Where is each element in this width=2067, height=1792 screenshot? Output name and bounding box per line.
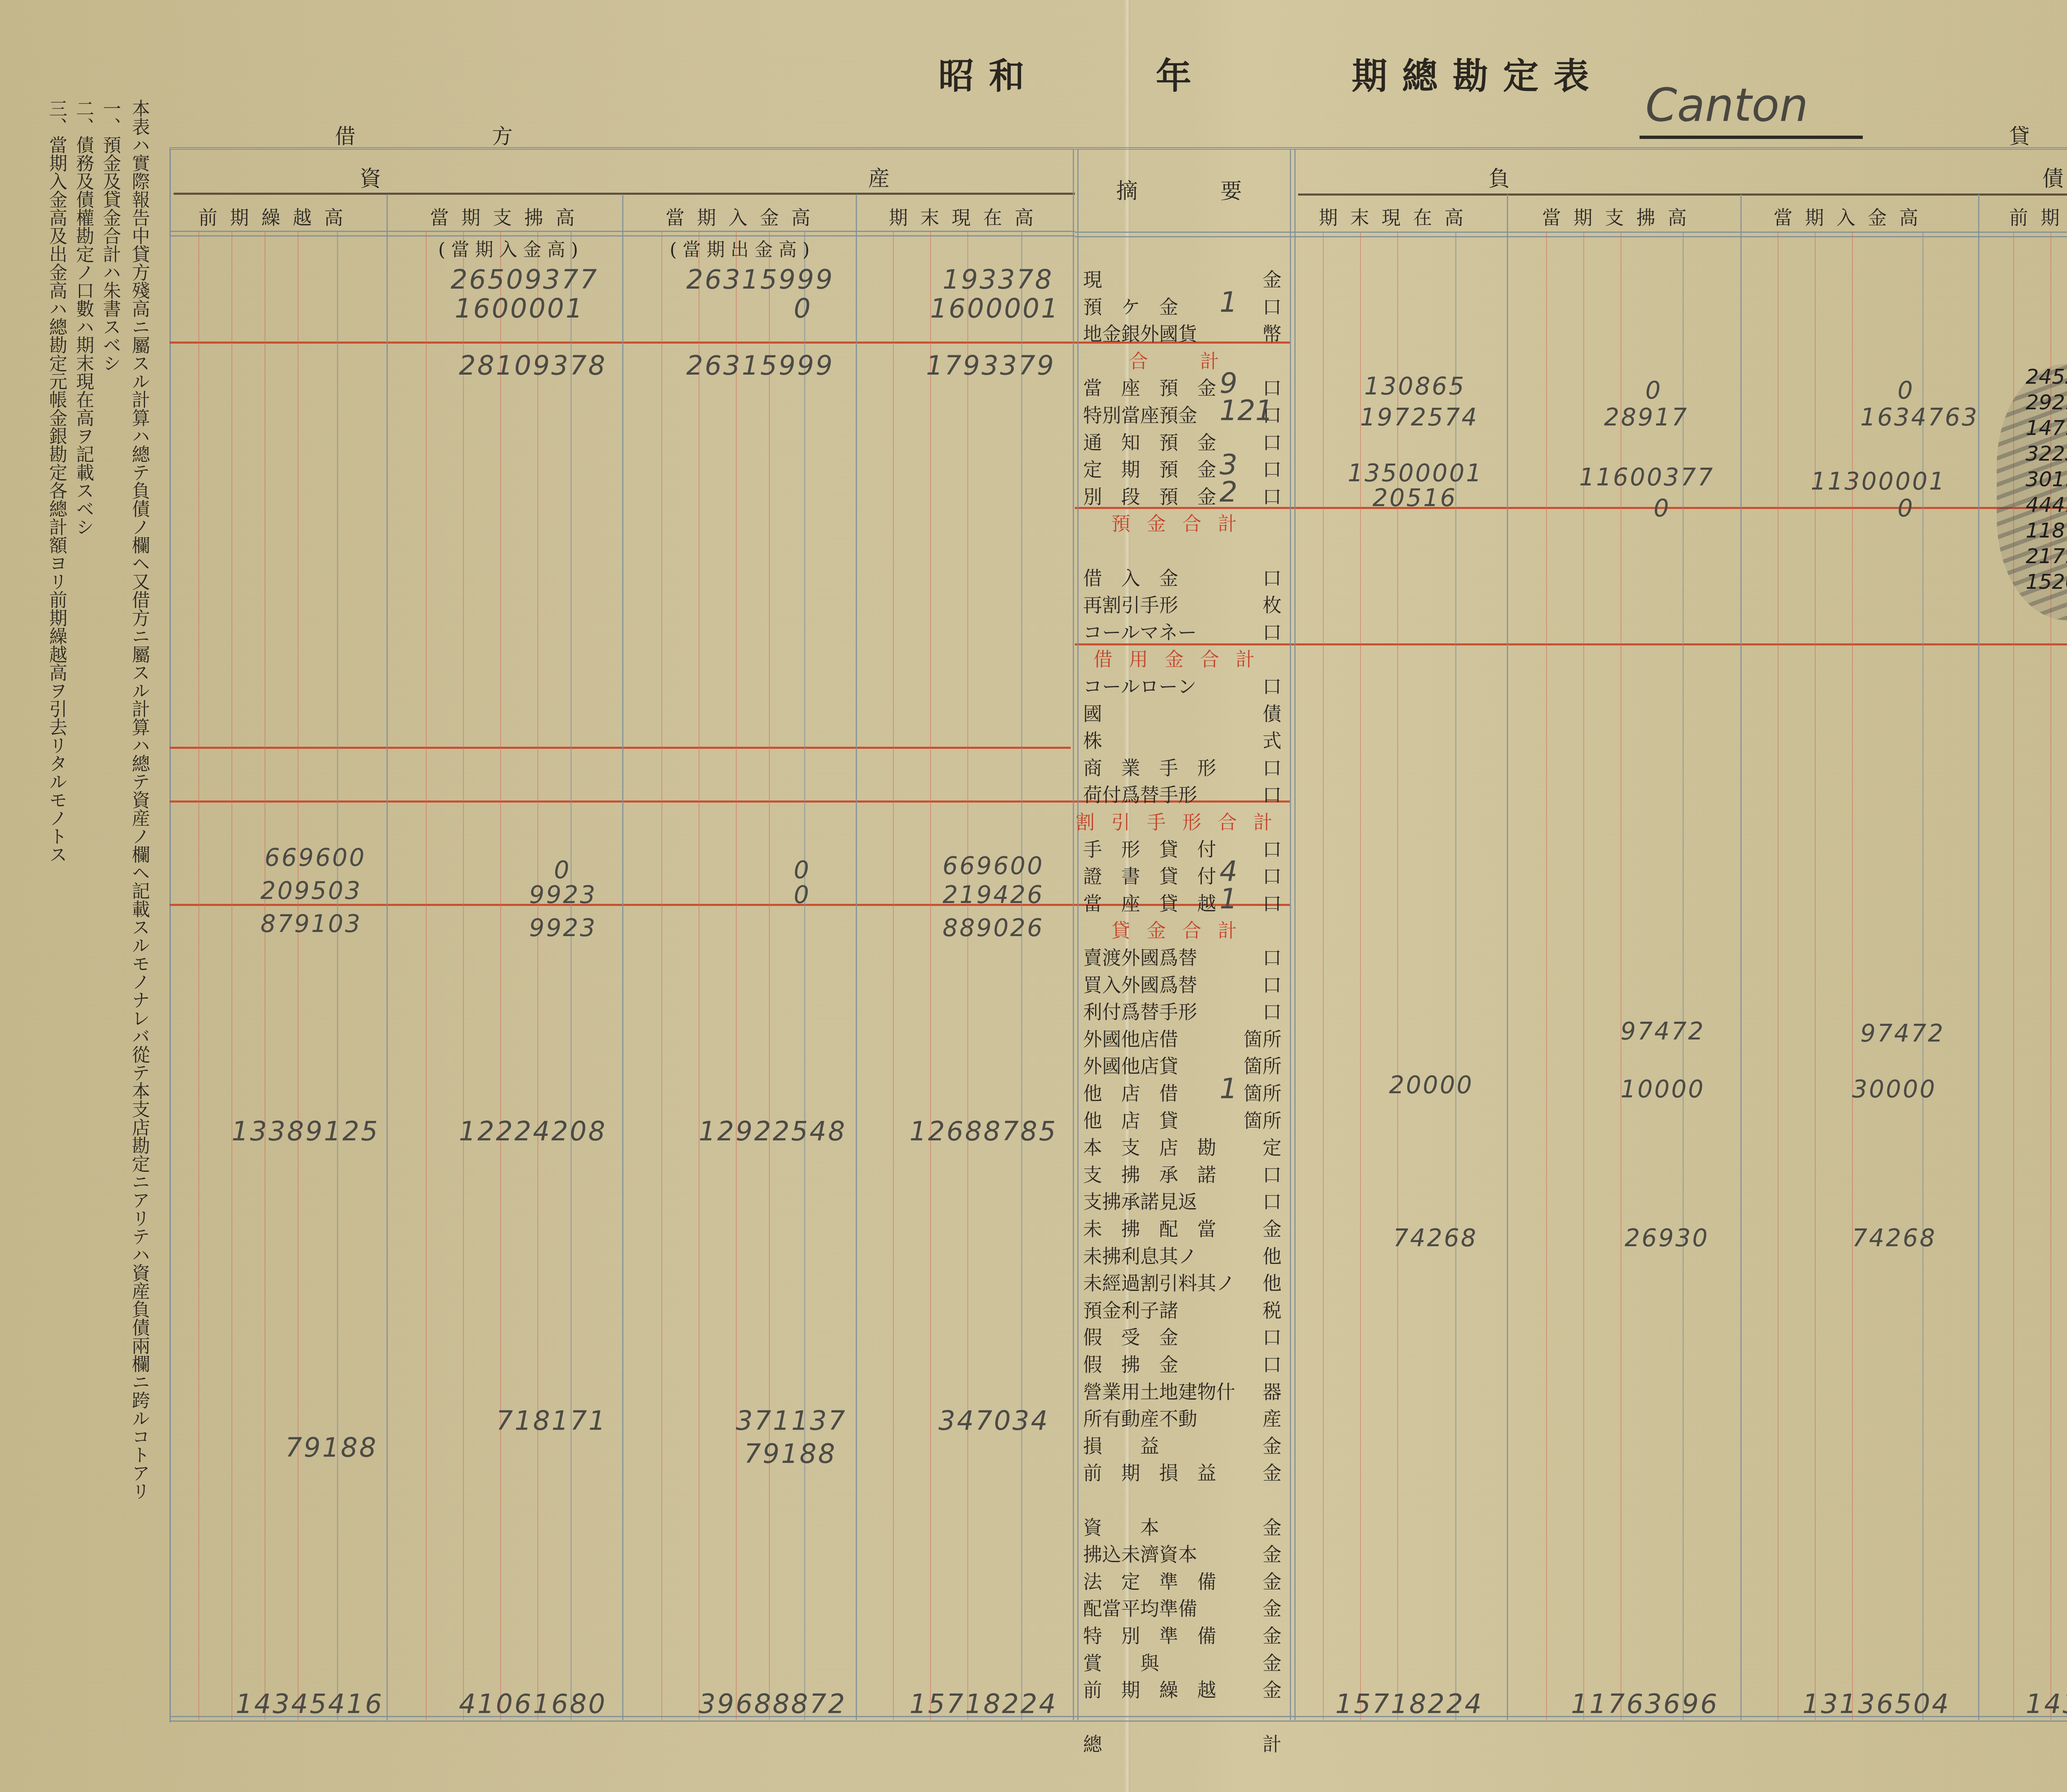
account-row: 支 拂 承 諾口	[1083, 1160, 1282, 1187]
liability-header-rule	[1298, 194, 2067, 196]
account-name: 預 ケ 金	[1083, 292, 1178, 319]
account-unit: 口	[1263, 1187, 1282, 1214]
account-name: 未經過割引料其ノ	[1083, 1268, 1235, 1295]
account-unit: 口	[1263, 753, 1282, 780]
col-divider	[1073, 150, 1079, 1720]
liab-col-prev: 前期繰越高	[2009, 203, 2067, 230]
account-row: 資 本金	[1083, 1512, 1282, 1540]
account-unit: 金	[1263, 1675, 1282, 1702]
title-main: 期總勘定表	[1352, 48, 1604, 99]
entry: 1600001	[455, 294, 584, 324]
total-entry: 41061680	[459, 1689, 607, 1720]
liabilities-group-label-2: 債	[2042, 161, 2064, 192]
digit-guide	[463, 232, 464, 1720]
asset-col-received: 當期入金高	[666, 203, 823, 230]
account-name: 總	[1083, 1729, 1102, 1756]
cent-divider	[337, 232, 338, 1720]
account-name: 法 定 準 備	[1083, 1567, 1216, 1594]
digit-guide	[232, 232, 232, 1720]
account-row: 他 店 貸箇所	[1083, 1106, 1282, 1133]
account-count: 2	[1220, 476, 1237, 509]
account-unit: 箇所	[1244, 1106, 1282, 1133]
account-unit: 口	[1263, 671, 1282, 699]
digit-guide	[1323, 232, 1324, 1720]
account-row: コールマネー口	[1083, 617, 1282, 645]
entry: 1793379	[926, 351, 1055, 381]
account-name: 他 店 借	[1083, 1078, 1178, 1106]
cent-divider	[1683, 232, 1684, 1720]
entry: 74268	[1852, 1224, 1937, 1252]
account-unit: 金	[1263, 1567, 1282, 1594]
account-name: 通 知 預 金	[1083, 428, 1216, 455]
account-row: 商 業 手 形口	[1083, 753, 1282, 780]
account-unit: 枚	[1263, 590, 1282, 617]
cent-divider	[1455, 232, 1456, 1720]
account-row: 買入外國爲替口	[1083, 970, 1282, 997]
digit-guide	[1397, 232, 1398, 1720]
account-row: 荷付爲替手形口	[1083, 780, 1282, 807]
total-entry: 14345416	[236, 1689, 384, 1720]
account-unit: 他	[1263, 1268, 1282, 1295]
entry: 10000	[1621, 1075, 1705, 1103]
account-name: コールマネー	[1083, 617, 1197, 645]
account-row: 拂込未濟資本金	[1083, 1539, 1282, 1567]
account-unit: 口	[1263, 997, 1282, 1024]
account-count: 1	[1220, 286, 1237, 319]
account-name: 商 業 手 形	[1083, 753, 1216, 780]
digit-guide	[537, 232, 538, 1720]
cent-divider	[1021, 232, 1022, 1720]
account-name: 外國他店貸	[1083, 1051, 1178, 1078]
title-era: 昭和	[938, 48, 1039, 99]
account-unit: 定	[1263, 1133, 1282, 1160]
account-unit: 口	[1263, 1160, 1282, 1187]
total-entry: 15718224	[909, 1689, 1057, 1720]
account-unit: 口	[1263, 861, 1282, 889]
digit-guide	[1546, 232, 1547, 1720]
entry: 97472	[1860, 1019, 1945, 1047]
liabilities-group-label-1: 負	[1488, 161, 1510, 192]
account-name: 特別當座預金	[1083, 400, 1197, 428]
account-row: 未拂利息其ノ他	[1083, 1241, 1282, 1269]
entry: 0	[794, 294, 812, 324]
account-unit: 口	[1263, 970, 1282, 997]
entry: 28109378	[459, 351, 607, 381]
debit-label: 借 方	[335, 120, 570, 150]
total-entry: 13136504	[1802, 1689, 1950, 1720]
account-unit: 金	[1263, 1512, 1282, 1540]
account-name: 手 形 貸 付	[1083, 834, 1216, 862]
account-unit: 他	[1263, 1241, 1282, 1269]
entry: 1600001	[930, 294, 1060, 324]
account-unit: 箇所	[1244, 1078, 1282, 1106]
liab-col-paid: 當期支拂高	[1542, 203, 1699, 230]
account-name: 外國他店借	[1083, 1024, 1178, 1051]
account-name: 證 書 貸 付	[1083, 861, 1216, 889]
asset-col-paid: 當期支拂高	[430, 203, 587, 230]
summary-header-char: 摘	[1116, 179, 1220, 204]
account-row: 株式	[1083, 726, 1282, 753]
account-row: 當 座 貸 越口1	[1083, 889, 1282, 916]
entry: 12224208	[459, 1116, 607, 1147]
entry: 193378	[943, 265, 1053, 295]
entry: 20000	[1389, 1071, 1474, 1099]
grand-total-row: 總計	[1083, 1729, 1282, 1756]
account-row: 法 定 準 備金	[1083, 1567, 1282, 1594]
account-row: 未經過割引料其ノ他	[1083, 1268, 1282, 1295]
account-name: 拂込未濟資本	[1083, 1539, 1197, 1567]
account-count: 1	[1220, 883, 1237, 915]
account-row: 未 拂 配 當金	[1083, 1214, 1282, 1241]
account-row: 賞 與金	[1083, 1648, 1282, 1675]
account-row: コールローン口	[1083, 671, 1282, 699]
account-name: 支拂承諾見返	[1083, 1187, 1197, 1214]
entry: 74268	[1393, 1224, 1478, 1252]
col-divider	[387, 194, 388, 1720]
account-unit: 口	[1263, 1322, 1282, 1350]
account-name: 損 益	[1083, 1431, 1159, 1458]
account-name: 借 入 金	[1083, 563, 1178, 590]
account-unit: 口	[1263, 428, 1282, 455]
digit-guide	[1815, 232, 1816, 1720]
account-row: 配當平均準備金	[1083, 1594, 1282, 1621]
subtotal-row: 貸金合計	[1083, 915, 1282, 943]
col-divider	[1507, 194, 1508, 1720]
asset-col-paid-sub: (當期入金高)	[438, 235, 584, 261]
account-name: 買入外國爲替	[1083, 970, 1197, 997]
account-unit: 口	[1263, 1350, 1282, 1377]
entry: 0	[794, 881, 811, 909]
entry: 347034	[938, 1406, 1049, 1436]
entry: 879103	[260, 910, 362, 938]
account-unit: 金	[1263, 1621, 1282, 1648]
account-unit: 口	[1263, 889, 1282, 916]
account-name: 預金合計	[1111, 509, 1253, 536]
note-1: 一、預金及貸金合計ハ朱書スベシ	[95, 99, 125, 372]
entry: 9923	[529, 914, 597, 942]
account-name: 荷付爲替手形	[1083, 780, 1197, 807]
liab-col-received: 當期入金高	[1773, 203, 1931, 230]
account-name: 他 店 貸	[1083, 1106, 1178, 1133]
entry: 13389125	[232, 1116, 380, 1147]
title-year: 年	[1156, 48, 1206, 99]
account-row: 別 段 預 金口2	[1083, 482, 1282, 509]
entry: 0	[1898, 494, 1914, 522]
credit-label: 貸 方	[2009, 120, 2067, 150]
entry: 26509377	[451, 265, 599, 295]
account-name: 再割引手形	[1083, 590, 1178, 617]
col-divider	[1290, 150, 1296, 1720]
account-row: 定 期 預 金口3	[1083, 454, 1282, 482]
liab-col-end: 期末現在高	[1319, 203, 1476, 230]
account-unit: 口	[1263, 834, 1282, 862]
digit-guide	[1778, 232, 1778, 1720]
account-unit: 金	[1263, 265, 1282, 292]
digit-guide	[699, 232, 699, 1720]
entry: 26930	[1625, 1224, 1709, 1252]
summary-header-char: 要	[1220, 179, 1325, 204]
account-row: 外國他店借箇所	[1083, 1024, 1282, 1051]
digit-guide	[1360, 232, 1361, 1720]
account-unit: 計	[1263, 1729, 1282, 1756]
account-row: 通 知 預 金口	[1083, 428, 1282, 455]
col-divider	[622, 194, 623, 1720]
account-unit: 産	[1263, 1404, 1282, 1431]
subtotal-row: 割引手形合計	[1083, 807, 1282, 834]
account-unit: 債	[1263, 699, 1282, 726]
entry: 0	[1898, 376, 1914, 404]
total-entry: 11763696	[1571, 1689, 1719, 1720]
entry: 26315999	[686, 351, 834, 381]
digit-guide	[893, 232, 894, 1720]
entry: 371137	[736, 1406, 847, 1436]
digit-guide	[769, 232, 770, 1720]
account-row: 前 期 繰 越金	[1083, 1675, 1282, 1702]
account-row: 借 入 金口	[1083, 563, 1282, 590]
note-intro: 本表ハ實際報告中貸方殘高ニ屬スル計算ハ總テ負債ノ欄ヘ又借方ニ屬スル計算ハ總テ資産…	[124, 99, 154, 1500]
entry: 669600	[943, 852, 1044, 880]
asset-header-rule	[174, 193, 1075, 195]
digit-guide	[198, 232, 199, 1720]
crossed-out-numbers: 245232273 292111166 147996900 322353363 …	[2026, 364, 2067, 595]
total-entry: 15718224	[1335, 1689, 1483, 1720]
account-row: 損 益金	[1083, 1431, 1282, 1458]
table-bottom-rule	[169, 1716, 2067, 1722]
digit-guide	[661, 232, 662, 1720]
entry: 1634763	[1860, 403, 1979, 431]
account-name: 地金銀外國貨	[1083, 319, 1197, 346]
assets-group-label-1: 資	[360, 161, 381, 192]
digit-guide	[1583, 232, 1584, 1720]
entry: 11600377	[1579, 463, 1714, 491]
account-unit: 口	[1263, 943, 1282, 970]
account-unit: 金	[1263, 1214, 1282, 1241]
account-row: 支拂承諾見返口	[1083, 1187, 1282, 1214]
account-name: 假 拂 金	[1083, 1350, 1178, 1377]
account-name: 特 別 準 備	[1083, 1621, 1216, 1648]
account-row: 本 支 店 勘定	[1083, 1133, 1282, 1160]
account-name: 本 支 店 勘	[1083, 1133, 1216, 1160]
account-row: 他 店 借箇所1	[1083, 1078, 1282, 1106]
account-unit: 幣	[1263, 319, 1282, 346]
cent-divider	[804, 232, 805, 1720]
entry: 20516	[1372, 484, 1457, 512]
asset-col-received-sub: (當期出金高)	[670, 235, 815, 261]
entry: 28917	[1604, 403, 1689, 431]
account-row: 預金利子諸税	[1083, 1295, 1282, 1323]
digit-guide	[265, 232, 265, 1720]
account-count: 1	[1220, 1073, 1237, 1105]
col-divider	[856, 194, 857, 1720]
account-unit: 金	[1263, 1431, 1282, 1458]
entry: 0	[1645, 376, 1662, 404]
digit-guide	[1621, 232, 1621, 1720]
asset-col-end: 期末現在高	[889, 203, 1046, 230]
subtotal-row: 合 計	[1083, 346, 1282, 373]
account-row: 再割引手形枚	[1083, 590, 1282, 617]
account-unit: 口	[1263, 563, 1282, 590]
account-row: 賣渡外國爲替口	[1083, 943, 1282, 970]
account-name: 賞 與	[1083, 1648, 1159, 1675]
account-name: 所有動産不動	[1083, 1404, 1197, 1431]
summary-colhead-rule	[1075, 232, 2067, 237]
account-unit: 口	[1263, 482, 1282, 509]
account-name: 當 座 預 金	[1083, 373, 1216, 400]
entry: 0	[1654, 494, 1671, 522]
account-unit: 箇所	[1244, 1024, 1282, 1051]
subtotal-row: 借用金合計	[1083, 644, 1282, 671]
account-row: 假 拂 金口	[1083, 1350, 1282, 1377]
col-divider	[1740, 194, 1742, 1720]
account-unit: 口	[1263, 780, 1282, 807]
account-name: 現	[1083, 265, 1102, 292]
account-name: 前 期 損 益	[1083, 1458, 1216, 1485]
entry: 97472	[1621, 1017, 1705, 1045]
digit-guide	[500, 232, 501, 1720]
branch-underline	[1640, 136, 1863, 139]
entry: 889026	[943, 914, 1044, 942]
note-2: 二、債務及債權勘定ノ口數ハ期末現在高ヲ記載スベシ	[68, 99, 98, 536]
account-name: 當 座 貸 越	[1083, 889, 1216, 916]
account-row: 前 期 損 益金	[1083, 1458, 1282, 1485]
entry: 718171	[496, 1406, 607, 1436]
asset-col-prev: 前期繰越高	[198, 203, 356, 230]
account-name: 營業用土地建物什	[1083, 1377, 1235, 1404]
entry: 0	[554, 856, 571, 884]
digit-guide	[298, 232, 298, 1720]
account-row: 地金銀外國貨幣	[1083, 319, 1282, 346]
account-count: 121	[1220, 394, 1273, 427]
entry: 669600	[265, 843, 366, 872]
entry: 9923	[529, 881, 597, 909]
entry: 130865	[1364, 372, 1466, 400]
digit-guide	[967, 232, 968, 1720]
account-name: 國	[1083, 699, 1102, 726]
entry: 79188	[744, 1439, 837, 1469]
account-name: 割引手形合計	[1076, 807, 1289, 834]
account-name: 株	[1083, 726, 1102, 753]
account-row: 營業用土地建物什器	[1083, 1377, 1282, 1404]
digit-guide	[930, 232, 931, 1720]
subtotal-rule	[169, 747, 1071, 749]
page-title: 昭和 年 期總勘定表	[938, 48, 1604, 99]
account-row: 外國他店貸箇所	[1083, 1051, 1282, 1078]
account-unit: 税	[1263, 1295, 1282, 1323]
account-row: 預 ケ 金口1	[1083, 292, 1282, 319]
account-row: 特別當座預金口121	[1083, 400, 1282, 428]
summary-header: 摘要	[1116, 174, 1325, 205]
account-unit: 金	[1263, 1539, 1282, 1567]
account-unit: 式	[1263, 726, 1282, 753]
digit-guide	[426, 232, 427, 1720]
digit-guide	[1852, 232, 1853, 1720]
entry: 12688785	[909, 1116, 1057, 1147]
account-name: コールローン	[1083, 671, 1196, 699]
digit-guide	[736, 232, 737, 1720]
subtotal-row: 預金合計	[1083, 509, 1282, 536]
account-name: 資 本	[1083, 1512, 1159, 1540]
entry: 26315999	[686, 265, 834, 295]
cent-divider	[1922, 232, 1924, 1720]
account-unit: 口	[1263, 617, 1282, 645]
account-unit: 箇所	[1244, 1051, 1282, 1078]
account-row: 證 書 貸 付口4	[1083, 861, 1282, 889]
total-entry: 14345416	[2026, 1689, 2067, 1720]
account-row: 國債	[1083, 699, 1282, 726]
entry: 11300001	[1811, 467, 1946, 495]
account-unit: 金	[1263, 1648, 1282, 1675]
account-name: 支 拂 承 諾	[1083, 1160, 1216, 1187]
assets-group-label-2: 産	[868, 161, 890, 192]
account-row: 所有動産不動産	[1083, 1404, 1282, 1431]
branch-name: Canton	[1645, 79, 1808, 131]
account-unit: 口	[1263, 292, 1282, 319]
account-name: 未拂利息其ノ	[1083, 1241, 1197, 1269]
entry: 0	[794, 856, 811, 884]
account-name: 賣渡外國爲替	[1083, 943, 1197, 970]
entry: 209503	[260, 877, 362, 905]
entry: 30000	[1852, 1075, 1937, 1103]
entry: 79188	[285, 1433, 378, 1463]
account-name: 定 期 預 金	[1083, 454, 1216, 482]
cent-divider	[570, 232, 572, 1720]
account-name: 前 期 繰 越	[1083, 1675, 1216, 1702]
account-name: 未 拂 配 當	[1083, 1214, 1216, 1241]
account-unit: 器	[1263, 1377, 1282, 1404]
account-name: 假 受 金	[1083, 1322, 1178, 1350]
account-name: 別 段 預 金	[1083, 482, 1216, 509]
account-row: 現金	[1083, 265, 1282, 292]
account-name: 配當平均準備	[1083, 1594, 1197, 1621]
account-row: 特 別 準 備金	[1083, 1621, 1282, 1648]
entry: 13500001	[1348, 459, 1483, 487]
entry: 12922548	[699, 1116, 847, 1147]
account-unit: 金	[1263, 1594, 1282, 1621]
account-name: 貸金合計	[1111, 915, 1253, 943]
account-row: 利付爲替手形口	[1083, 997, 1282, 1024]
entry: 219426	[943, 881, 1044, 909]
note-3: 三、當期入金高及出金高ハ總勘定元帳金銀勘定各總計額ヨリ前期繰越高ヲ引去リタルモノ…	[41, 99, 71, 863]
account-name: 利付爲替手形	[1083, 997, 1197, 1024]
account-name: 借用金合計	[1093, 644, 1271, 671]
total-entry: 39688872	[699, 1689, 847, 1720]
account-row: 手 形 貸 付口	[1083, 834, 1282, 862]
account-unit: 口	[1263, 454, 1282, 482]
account-unit: 金	[1263, 1458, 1282, 1485]
account-name: 預金利子諸	[1083, 1295, 1178, 1323]
account-row: 假 受 金口	[1083, 1322, 1282, 1350]
entry: 1972574	[1360, 403, 1478, 431]
